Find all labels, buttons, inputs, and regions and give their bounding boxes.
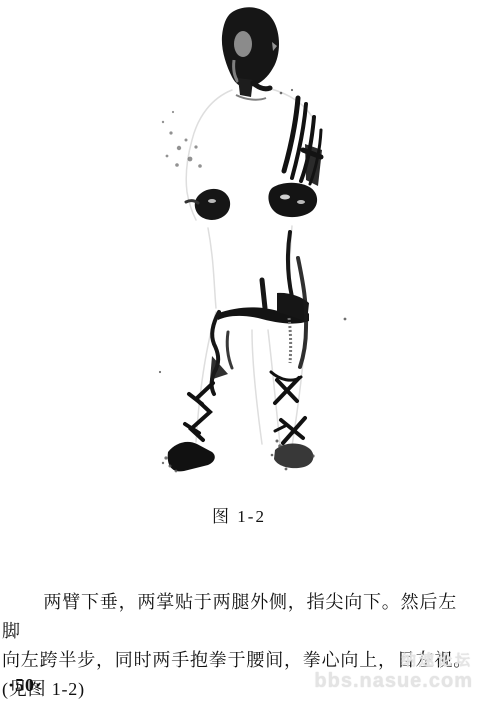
paragraph-line: 两臂下垂，两掌贴于两腿外侧，指尖向下。然后左脚 <box>2 588 474 646</box>
watermark: 纳速论坛 bbs.nasue.com <box>314 653 473 692</box>
figure-illustration <box>0 0 478 490</box>
page-number: ·50· <box>8 675 42 696</box>
watermark-site-name: 纳速论坛 <box>314 653 473 670</box>
figure-caption: 图 1-2 <box>0 502 478 527</box>
monk-stance-drawing <box>0 0 478 490</box>
book-page: 图 1-2 两臂下垂，两掌贴于两腿外侧，指尖向下。然后左脚 向左跨半步，同时两手… <box>0 0 478 705</box>
watermark-site-url: bbs.nasue.com <box>314 670 473 692</box>
